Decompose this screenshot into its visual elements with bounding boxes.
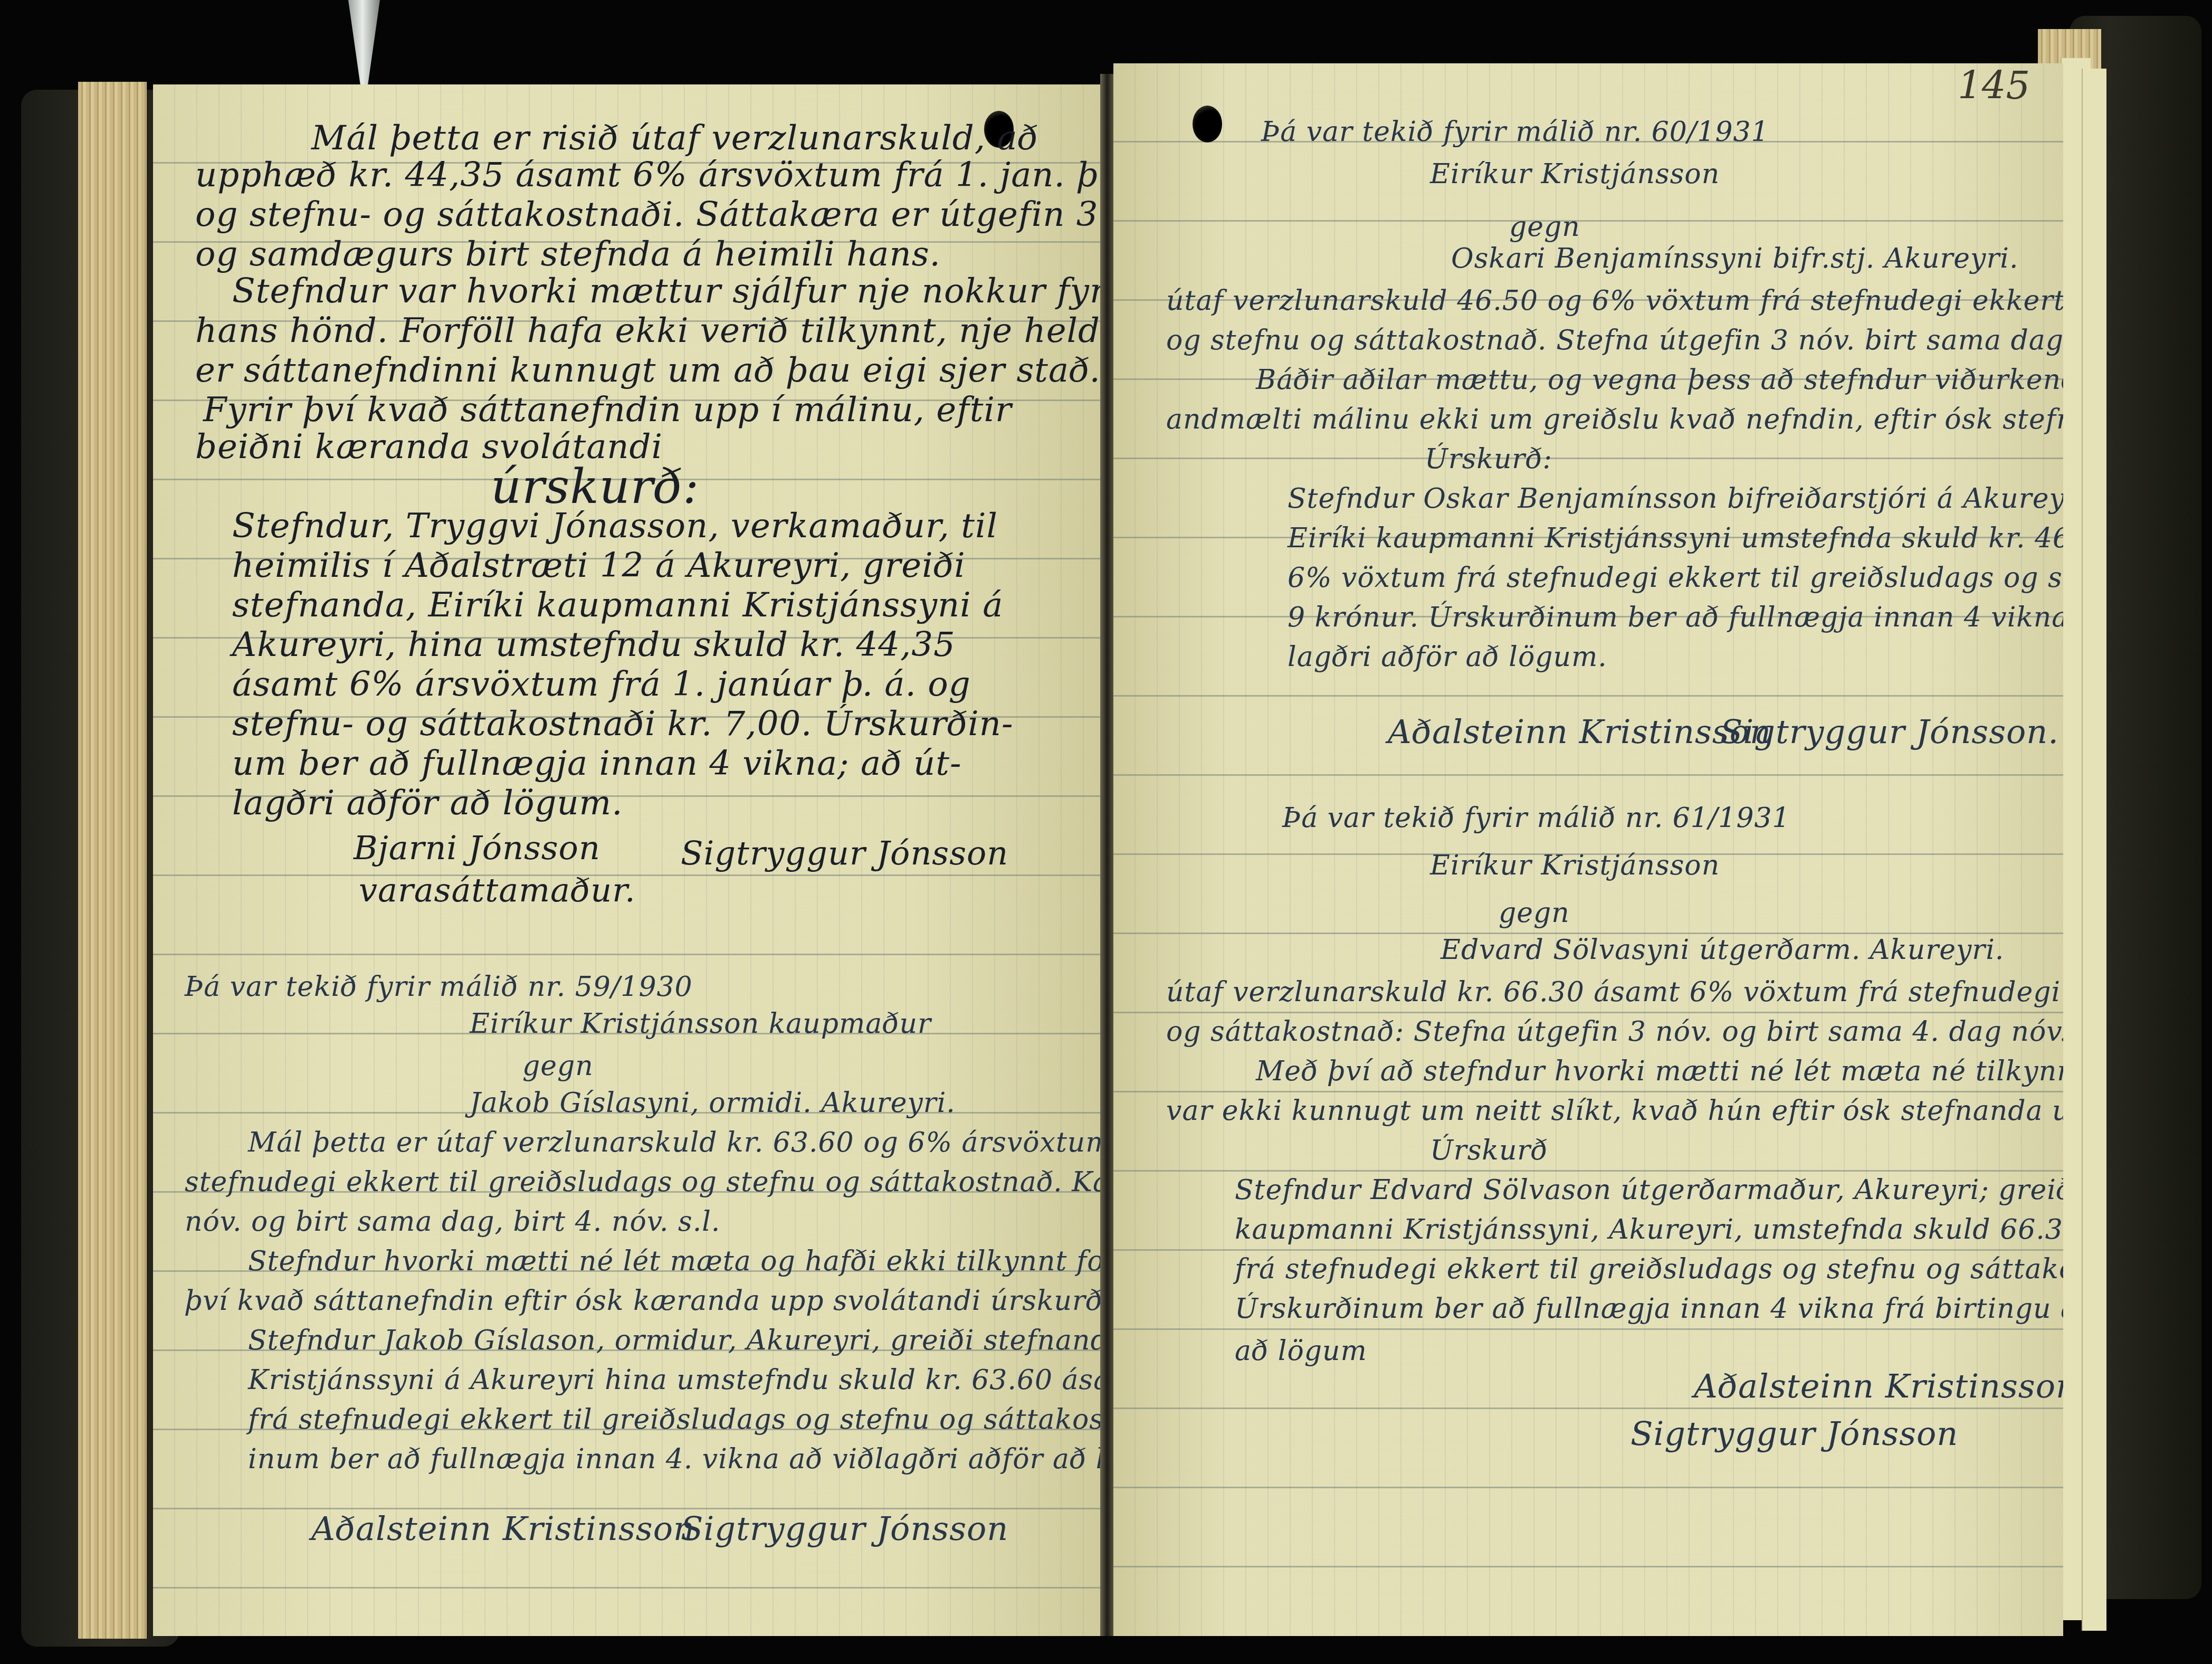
left-page: Mál þetta er risið útaf verzlunarskuld, … (153, 84, 1100, 1636)
text-line: og stefnu- og sáttakostnaði. Sáttakæra e… (195, 195, 1100, 234)
text-line: hans hönd. Forföll hafa ekki verið tilky… (195, 311, 1100, 350)
plaintiff: Eiríkur Kristjánsson kaupmaður (470, 1008, 931, 1040)
right-page: 145 Þá var tekið fyrir málið nr. 60/1931… (1113, 63, 2063, 1636)
text-line: og stefnu og sáttakostnað. Stefna útgefi… (1166, 325, 2063, 356)
versus: gegn (1509, 211, 1580, 243)
text-line: því kvað sáttanefndin eftir ósk kæranda … (185, 1285, 1100, 1317)
signature-mediator: Sigtryggur Jónsson (1631, 1414, 1958, 1453)
text-line: Eiríki kaupmanni Kristjánssyni umstefnda… (1288, 522, 2063, 554)
text-line: inum ber að fullnægja innan 4. vikna að … (248, 1443, 1100, 1475)
text-line: útaf verzlunarskuld 46.50 og 6% vöxtum f… (1166, 285, 2063, 317)
text-line: er sáttanefndinni kunnugt um að þau eigi… (195, 351, 1100, 390)
text-line: Stefndur Jakob Gíslason, ormidur, Akurey… (248, 1325, 1100, 1356)
text-line: frá stefnudegi ekkert til greiðsludags o… (248, 1404, 1100, 1435)
text-line: upphæð kr. 44,35 ásamt 6% ársvöxtum frá … (195, 156, 1100, 195)
text-line: stefnanda, Eiríki kaupmanni Kristjánssyn… (232, 586, 1003, 625)
punch-hole (1193, 106, 1222, 142)
text-line: stefnu- og sáttakostnaði kr. 7,00. Úrsku… (232, 705, 1014, 744)
ruling-heading: Úrskurð: (1425, 443, 1552, 475)
text-line: nóv. og birt sama dag, birt 4. nóv. s.l. (185, 1206, 720, 1238)
versus: gegn (522, 1050, 594, 1082)
text-line: Stefndur var hvorki mættur sjálfur nje n… (232, 272, 1100, 311)
text-line: að lögum (1235, 1335, 1367, 1367)
book-gutter (1100, 74, 1114, 1636)
signature-mediator: Sigtryggur Jónsson (681, 1509, 1008, 1548)
text-line: heimilis í Aðalstræti 12 á Akureyri, gre… (232, 546, 966, 585)
text-line: 9 krónur. Úrskurðinum ber að fullnægja i… (1288, 602, 2063, 633)
signature-chair: Aðalsteinn Kristinsson (1388, 712, 1771, 751)
text-line: lagðri aðför að lögum. (1288, 641, 1607, 673)
text-line: Stefndur Oskar Benjamínsson bifreiðarstj… (1288, 483, 2063, 515)
text-line: útaf verzlunarskuld kr. 66.30 ásamt 6% v… (1166, 976, 2063, 1008)
text-line: 6% vöxtum frá stefnudegi ekkert til grei… (1288, 562, 2063, 594)
text-line: Stefndur hvorki mætti né lét mæta og haf… (248, 1245, 1100, 1277)
text-line: kaupmanni Kristjánssyni, Akureyri, umste… (1235, 1214, 2063, 1245)
page-number: 145 (1958, 63, 2030, 108)
signature-chair: Aðalsteinn Kristinsson (1694, 1367, 2063, 1405)
text-line: lagðri aðför að lögum. (232, 784, 623, 823)
ruling-heading: Úrskurð (1430, 1135, 1548, 1166)
text-line: Akureyri, hina umstefndu skuld kr. 44,35 (232, 625, 956, 664)
text-line: ásamt 6% ársvöxtum frá 1. janúar þ. á. o… (232, 665, 971, 704)
text-line: Með því að stefndur hvorki mætti né lét … (1256, 1056, 2063, 1087)
text-line: Mál þetta er útaf verzlunarskuld kr. 63.… (248, 1127, 1100, 1158)
case-title: Þá var tekið fyrir málið nr. 60/1931 (1261, 116, 1769, 148)
text-line: andmælti málinu ekki um greiðslu kvað ne… (1166, 404, 2063, 435)
text-line: Fyrir því kvað sáttanefndin upp í málinu… (203, 391, 1012, 430)
text-line: og samdægurs birt stefnda á heimili hans… (195, 235, 941, 274)
case-title: Þá var tekið fyrir málið nr. 59/1930 (185, 971, 693, 1003)
signature-title: varasáttamaður. (359, 871, 636, 909)
text-line: frá stefnudegi ekkert til greiðsludags o… (1235, 1253, 2063, 1285)
defendant: Oskari Benjamínssyni bifr.stj. Akureyri. (1451, 243, 2018, 274)
text-line: Úrskurðinum ber að fullnægja innan 4 vik… (1235, 1293, 2063, 1325)
text-line: um ber að fullnægja innan 4 vikna; að út… (232, 744, 962, 783)
text-line: Stefndur Edvard Sölvason útgerðarmaður, … (1235, 1174, 2063, 1206)
text-line: var ekki kunnugt um neitt slíkt, kvað hú… (1166, 1095, 2063, 1127)
text-line: Stefndur, Tryggvi Jónasson, verkamaður, … (232, 507, 998, 546)
plaintiff: Eiríkur Kristjánsson (1430, 158, 1720, 190)
signature-chair: Aðalsteinn Kristinsson (311, 1509, 695, 1548)
text-line: og sáttakostnað: Stefna útgefin 3 nóv. o… (1166, 1016, 2063, 1048)
text-line: Mál þetta er risið útaf verzlunarskuld, … (311, 119, 1038, 158)
plaintiff: Eiríkur Kristjánsson (1430, 850, 1720, 881)
signature-mediator: Sigtryggur Jónsson. (1720, 712, 2059, 751)
defendant: Jakob Gíslasyni, ormidi. Akureyri. (470, 1087, 956, 1119)
defendant: Edvard Sölvasyni útgerðarm. Akureyri. (1441, 934, 2004, 966)
case-title: Þá var tekið fyrir málið nr. 61/1931 (1282, 802, 1790, 834)
signature-mediator: Sigtryggur Jónsson (681, 834, 1008, 872)
text-line: Kristjánssyni á Akureyri hina umstefndu … (248, 1364, 1100, 1396)
page-edges-left (78, 82, 147, 1639)
stacked-page (2082, 69, 2106, 1631)
signature-deputy-mediator: Bjarni Jónsson (354, 829, 600, 867)
text-line: stefnudegi ekkert til greiðsludags og st… (185, 1166, 1100, 1198)
text-line: Báðir aðilar mættu, og vegna þess að ste… (1256, 364, 2063, 396)
versus: gegn (1499, 897, 1570, 929)
